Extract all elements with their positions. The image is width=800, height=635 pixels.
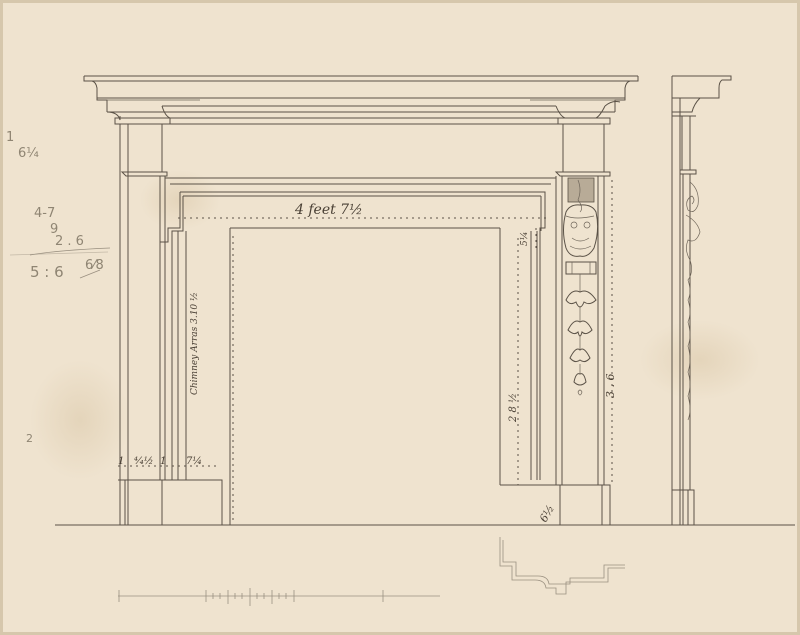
pencil-calc-2: 6¼ xyxy=(18,146,39,161)
pencil-calc-5: 2 . 6 xyxy=(55,234,84,249)
frieze-depth-label: 5¼ xyxy=(520,232,530,246)
pencil-calc-3: 4-7 xyxy=(34,206,55,221)
drawing-sheet: 4 feet 7½ Chimney Arras 3.10 ½ 3 . 6 2 8… xyxy=(0,0,800,635)
pencil-calc-6: 5 : 6 xyxy=(30,263,64,281)
inner-height-label: 2 8 ½ xyxy=(508,393,519,422)
pencil-margin-number: 2 xyxy=(26,432,33,445)
pencil-calc-7: 6⁄8 xyxy=(85,258,104,273)
left-dim-1: 1 xyxy=(118,456,124,467)
left-dim-4: 7¼ xyxy=(186,456,202,467)
left-dim-2: ⁴⁄₄½ xyxy=(134,456,153,467)
left-dim-3: 1 xyxy=(160,456,166,467)
pencil-calc-1: 1 xyxy=(6,130,14,145)
opening-height-label: Chimney Arras 3.10 ½ xyxy=(190,292,200,395)
opening-width-label: 4 feet 7½ xyxy=(295,202,363,218)
chimneypiece-drawing xyxy=(0,0,800,635)
pilaster-height-label: 3 . 6 xyxy=(604,374,617,399)
